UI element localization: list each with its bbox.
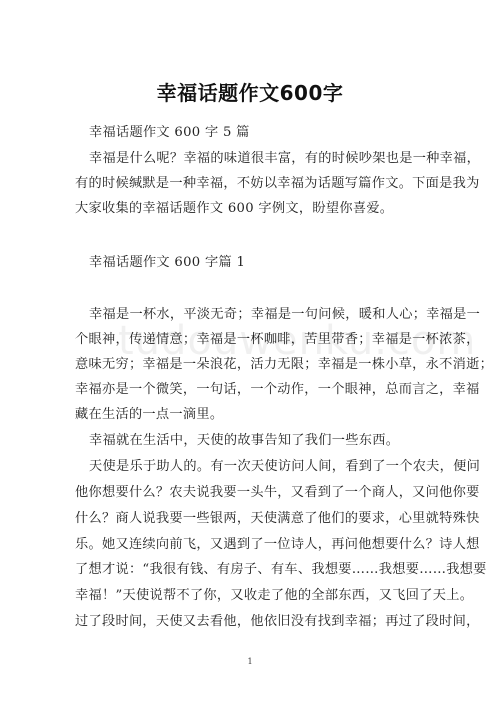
body-line: 意味无穷；幸福是一朵浪花，活力无限；幸福是一株小草，永不消逝； [75, 356, 435, 374]
document-page: 幸福话题作文600字 幸福话题作文 600 字 5 篇 幸福是什么呢？幸福的味道… [0, 0, 500, 708]
body-line: 藏在生活的一点一滴里。 [75, 406, 435, 424]
document-title: 幸福话题作文600字 [0, 77, 500, 106]
intro-line: 大家收集的幸福话题作文 600 字例文，盼望你喜爱。 [75, 200, 435, 218]
subtitle: 幸福话题作文 600 字 5 篇 [89, 124, 449, 142]
body-line: 了想才说：“我很有钱、有房子、有车、我想要……我想要……我想要 [75, 561, 435, 579]
page-number: 1 [0, 657, 500, 666]
body-line: 什么？商人说我要一些银两，天使满意了他们的要求，心里就特殊快 [75, 510, 435, 528]
body-line: 幸福亦是一个微笑，一句话，一个动作，一个眼神，总而言之，幸福 [75, 381, 435, 399]
intro-line: 幸福是什么呢？幸福的味道很丰富，有的时候吵架也是一种幸福， [89, 150, 449, 168]
body-line: 过了段时间，天使又去看他，他依旧没有找到幸福；再过了段时间， [75, 613, 435, 631]
body-line: 天使是乐于助人的。有一次天使访问人间，看到了一个农夫，便问 [89, 458, 449, 476]
body-line: 幸福就在生活中，天使的故事告知了我们一些东西。 [89, 432, 449, 450]
body-line: 幸福！”天使说帮不了你，又收走了他的全部东西，又飞回了天上。 [75, 587, 435, 605]
body-line: 幸福是一杯水，平淡无奇；幸福是一句问候，暖和人心；幸福是一 [89, 306, 449, 324]
section-heading: 幸福话题作文 600 字篇 1 [89, 254, 449, 272]
intro-line: 有的时候缄默是一种幸福，不妨以幸福为话题写篇作文。下面是我为 [75, 175, 435, 193]
body-line: 他你想要什么？农夫说我要一头牛，又看到了一个商人，又问他你要 [75, 484, 435, 502]
body-line: 个眼神，传递情意；幸福是一杯咖啡，苦里带香；幸福是一杯浓茶， [75, 331, 435, 349]
body-line: 乐。她又连续向前飞，又遇到了一位诗人，再问他想要什么？诗人想 [75, 536, 435, 554]
